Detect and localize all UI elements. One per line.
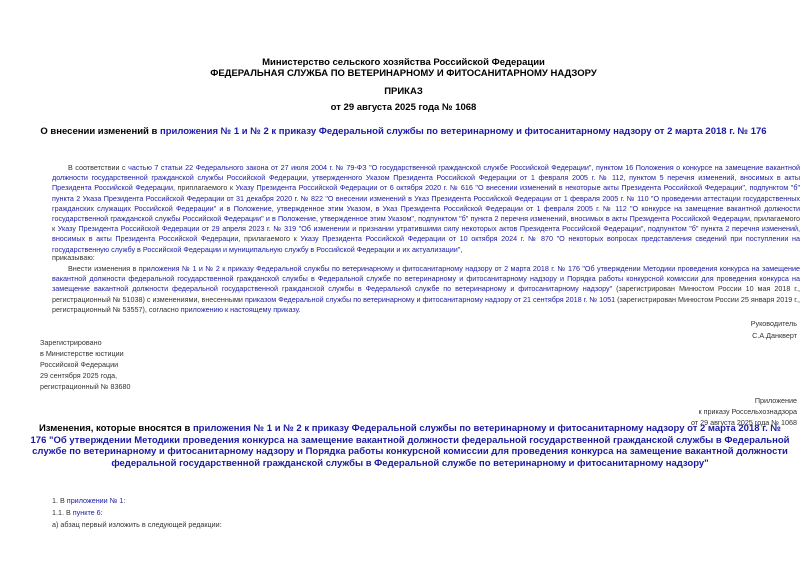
changes-title-prefix: Изменения, которые вносятся в (39, 423, 193, 434)
item-text: а) абзац первый изложить в следующей ред… (52, 520, 222, 529)
service-name: ФЕДЕРАЛЬНАЯ СЛУЖБА ПО ВЕТЕРИНАРНОМУ И ФИ… (0, 68, 807, 79)
appendix-line: Приложение (691, 395, 797, 406)
list-item: а) абзац первый изложить в следующей ред… (52, 519, 222, 531)
preamble-text: , (460, 245, 462, 254)
list-item: 1. В приложении № 1: (52, 495, 222, 507)
item-text: 1.1. В (52, 508, 73, 517)
appendix-link[interactable]: приложению к настоящему приказу (181, 305, 299, 314)
title-prefix: О внесении изменений в (40, 126, 160, 137)
registration-line: Зарегистрировано (40, 337, 130, 348)
preamble-text: прилагаемого к (240, 234, 300, 243)
signatory-position: Руководитель (751, 318, 797, 330)
item-text: : (123, 496, 125, 505)
list-item: 1.1. В пункте 6: (52, 507, 222, 519)
document-date-number: от 29 августа 2025 года № 1068 (0, 102, 807, 113)
signature-block: Руководитель С.А.Данкверт (751, 318, 797, 342)
changes-list: 1. В приложении № 1: 1.1. В пункте 6: а)… (52, 495, 222, 531)
order-paragraph: Внести изменения в приложения № 1 и № 2 … (52, 264, 800, 315)
preamble-paragraph: В соответствии с частью 7 статьи 22 Феде… (52, 163, 800, 255)
document-page: Министерство сельского хозяйства Российс… (0, 0, 807, 571)
document-type: ПРИКАЗ (0, 86, 807, 97)
item-text: 1. В (52, 496, 67, 505)
item-text: : (101, 508, 103, 517)
order-1051-link[interactable]: приказом Федеральной службы по ветеринар… (245, 295, 615, 304)
preamble-text: В соответствии с (68, 163, 128, 172)
registration-line: Российской Федерации (40, 359, 130, 370)
ministry-name: Министерство сельского хозяйства Российс… (0, 57, 807, 68)
appendix-1-link[interactable]: приложении № 1 (67, 496, 124, 505)
preamble-text: приплагаемого к (175, 183, 236, 192)
document-title: О внесении изменений в приложения № 1 и … (0, 126, 807, 137)
order-word: приказываю: (52, 253, 95, 262)
point-6-link[interactable]: пункте 6 (73, 508, 101, 517)
order-text: Внести изменения в (68, 264, 139, 273)
registration-line: 29 сентября 2025 года, (40, 370, 130, 381)
registration-line: в Министерстве юстиции (40, 348, 130, 359)
appendix-line: к приказу Россельхознадзора (691, 406, 797, 417)
signatory-name: С.А.Данкверт (751, 330, 797, 342)
registration-block: Зарегистрировано в Министерстве юстиции … (40, 337, 130, 392)
registration-line: регистрационный № 83680 (40, 381, 130, 392)
order-text: . (298, 305, 300, 314)
changes-title: Изменения, которые вносятся в приложения… (30, 423, 790, 469)
title-link[interactable]: приложения № 1 и № 2 к приказу Федеральн… (160, 126, 767, 137)
